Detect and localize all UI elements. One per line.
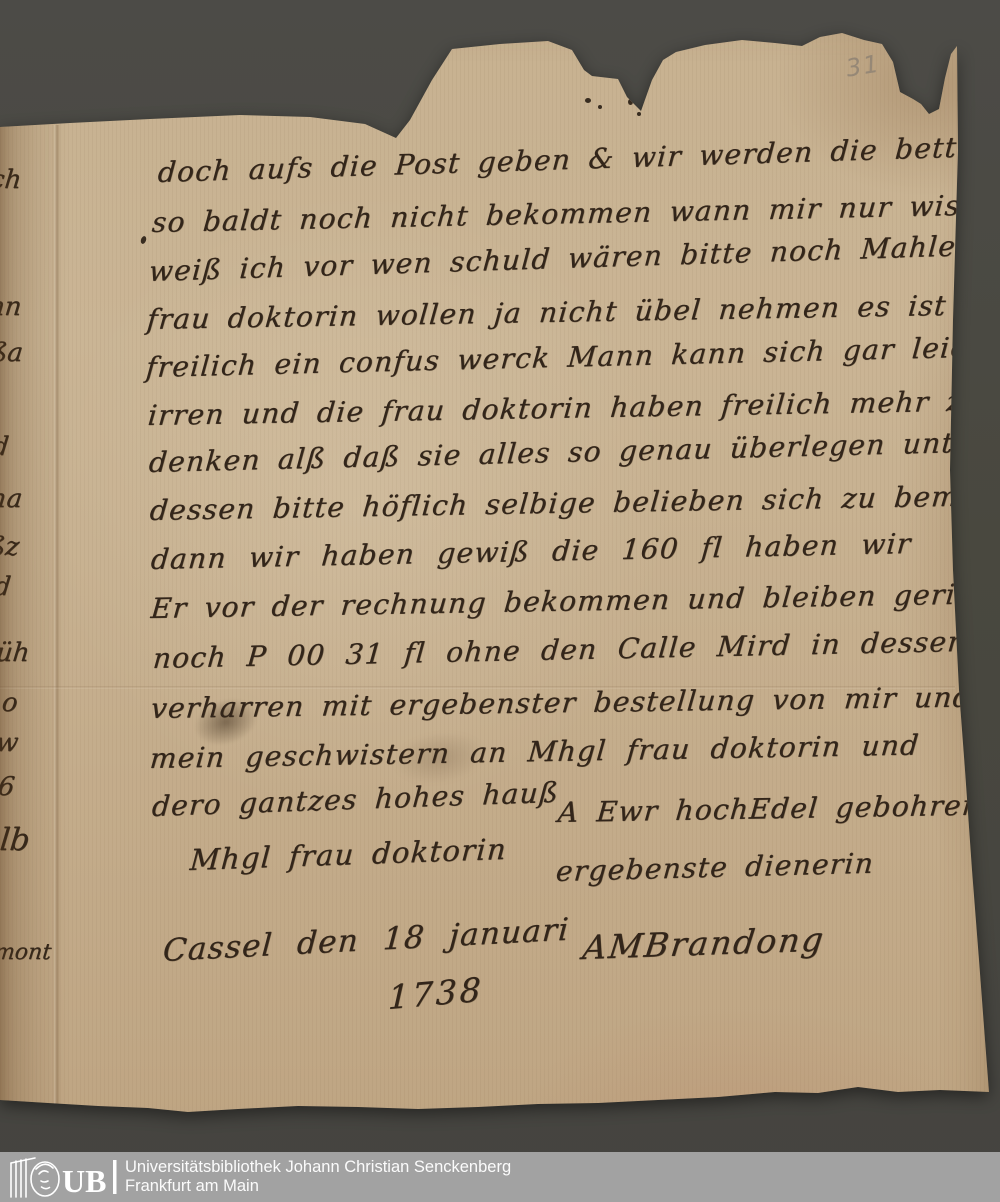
library-footer: UB Universitätsbibliothek Johann Christi… [0,1152,1000,1202]
facing-page-fragment: ch [0,165,23,195]
facing-page-fragment: d [0,572,12,602]
library-city: Frankfurt am Main [125,1177,511,1196]
closing-line-left: dero gantzes hohes hauß [151,776,560,823]
manuscript-sheet-wrapper: 31 ch nn ßa d ha ßz d üh o w 6 lb mont d… [0,0,1000,1202]
manuscript-line: frau doktorin wollen ja nicht übel nehme… [146,289,949,336]
scan-viewport: 31 ch nn ßa d ha ßz d üh o w 6 lb mont d… [0,0,1000,1202]
paper-speck [140,235,147,244]
paper-speck [628,99,633,105]
facing-page-fragment: üh [0,638,31,668]
manuscript-line: Er vor der rechnung bekommen und bleiben… [150,577,1000,625]
facing-page-fragment: d [0,432,10,462]
paper-speck [637,112,641,116]
ub-logo-text: UB [62,1163,106,1199]
dateline: Cassel den 18 januari [162,912,571,969]
paper-speck [585,98,591,103]
signature: AMBrandong [581,919,828,967]
logo-separator [113,1160,117,1194]
facing-page-fragment: mont [0,940,52,965]
library-name: Universitätsbibliothek Johann Christian … [125,1158,511,1177]
closing-line-right: ergebenste dienerin [555,847,876,888]
manuscript-page: 31 ch nn ßa d ha ßz d üh o w 6 lb mont d… [0,0,1000,1202]
paper-speck [598,105,602,109]
manuscript-line: dann wir haben gewiß die 160 fl haben wi… [150,527,913,576]
manuscript-line: doch aufs die Post geben & wir werden di… [157,128,1000,189]
year: 1738 [387,969,484,1017]
ub-logo: UB [8,1155,120,1199]
library-caption: Universitätsbibliothek Johann Christian … [125,1158,511,1196]
facing-page-fragment: ßa [0,338,24,368]
manuscript-line: freilich ein confus werck Mann kann sich… [145,330,1000,384]
folio-number-pencil: 31 [844,49,883,82]
left-fold-crease [54,125,60,1106]
closing-line-left: Mhgl frau doktorin [189,832,508,877]
facing-page-fragment: lb [0,822,32,858]
closing-line-right: A Ewr hochEdel gebohren [557,789,983,829]
manuscript-line: mein geschwistern an Mhgl frau doktorin … [149,729,921,775]
facing-page-fragment: nn [0,292,23,322]
facing-page-fragment: w [0,728,20,758]
facing-page-fragment: ßz [0,532,21,562]
facing-page-fragment: 6 [0,772,16,802]
manuscript-line: irren und die frau doktorin haben freili… [147,384,984,432]
manuscript-line: dessen bitte höflich selbige belieben si… [149,479,1000,528]
book-portrait-icon: UB [8,1155,120,1199]
manuscript-line: noch P 00 31 fl ohne den Calle Mird in d… [152,625,969,675]
manuscript-line: denken alß daß sie alles so genau überle… [148,425,988,479]
facing-page-fragment: ha [0,484,24,514]
facing-page-fragment: o [0,688,19,718]
